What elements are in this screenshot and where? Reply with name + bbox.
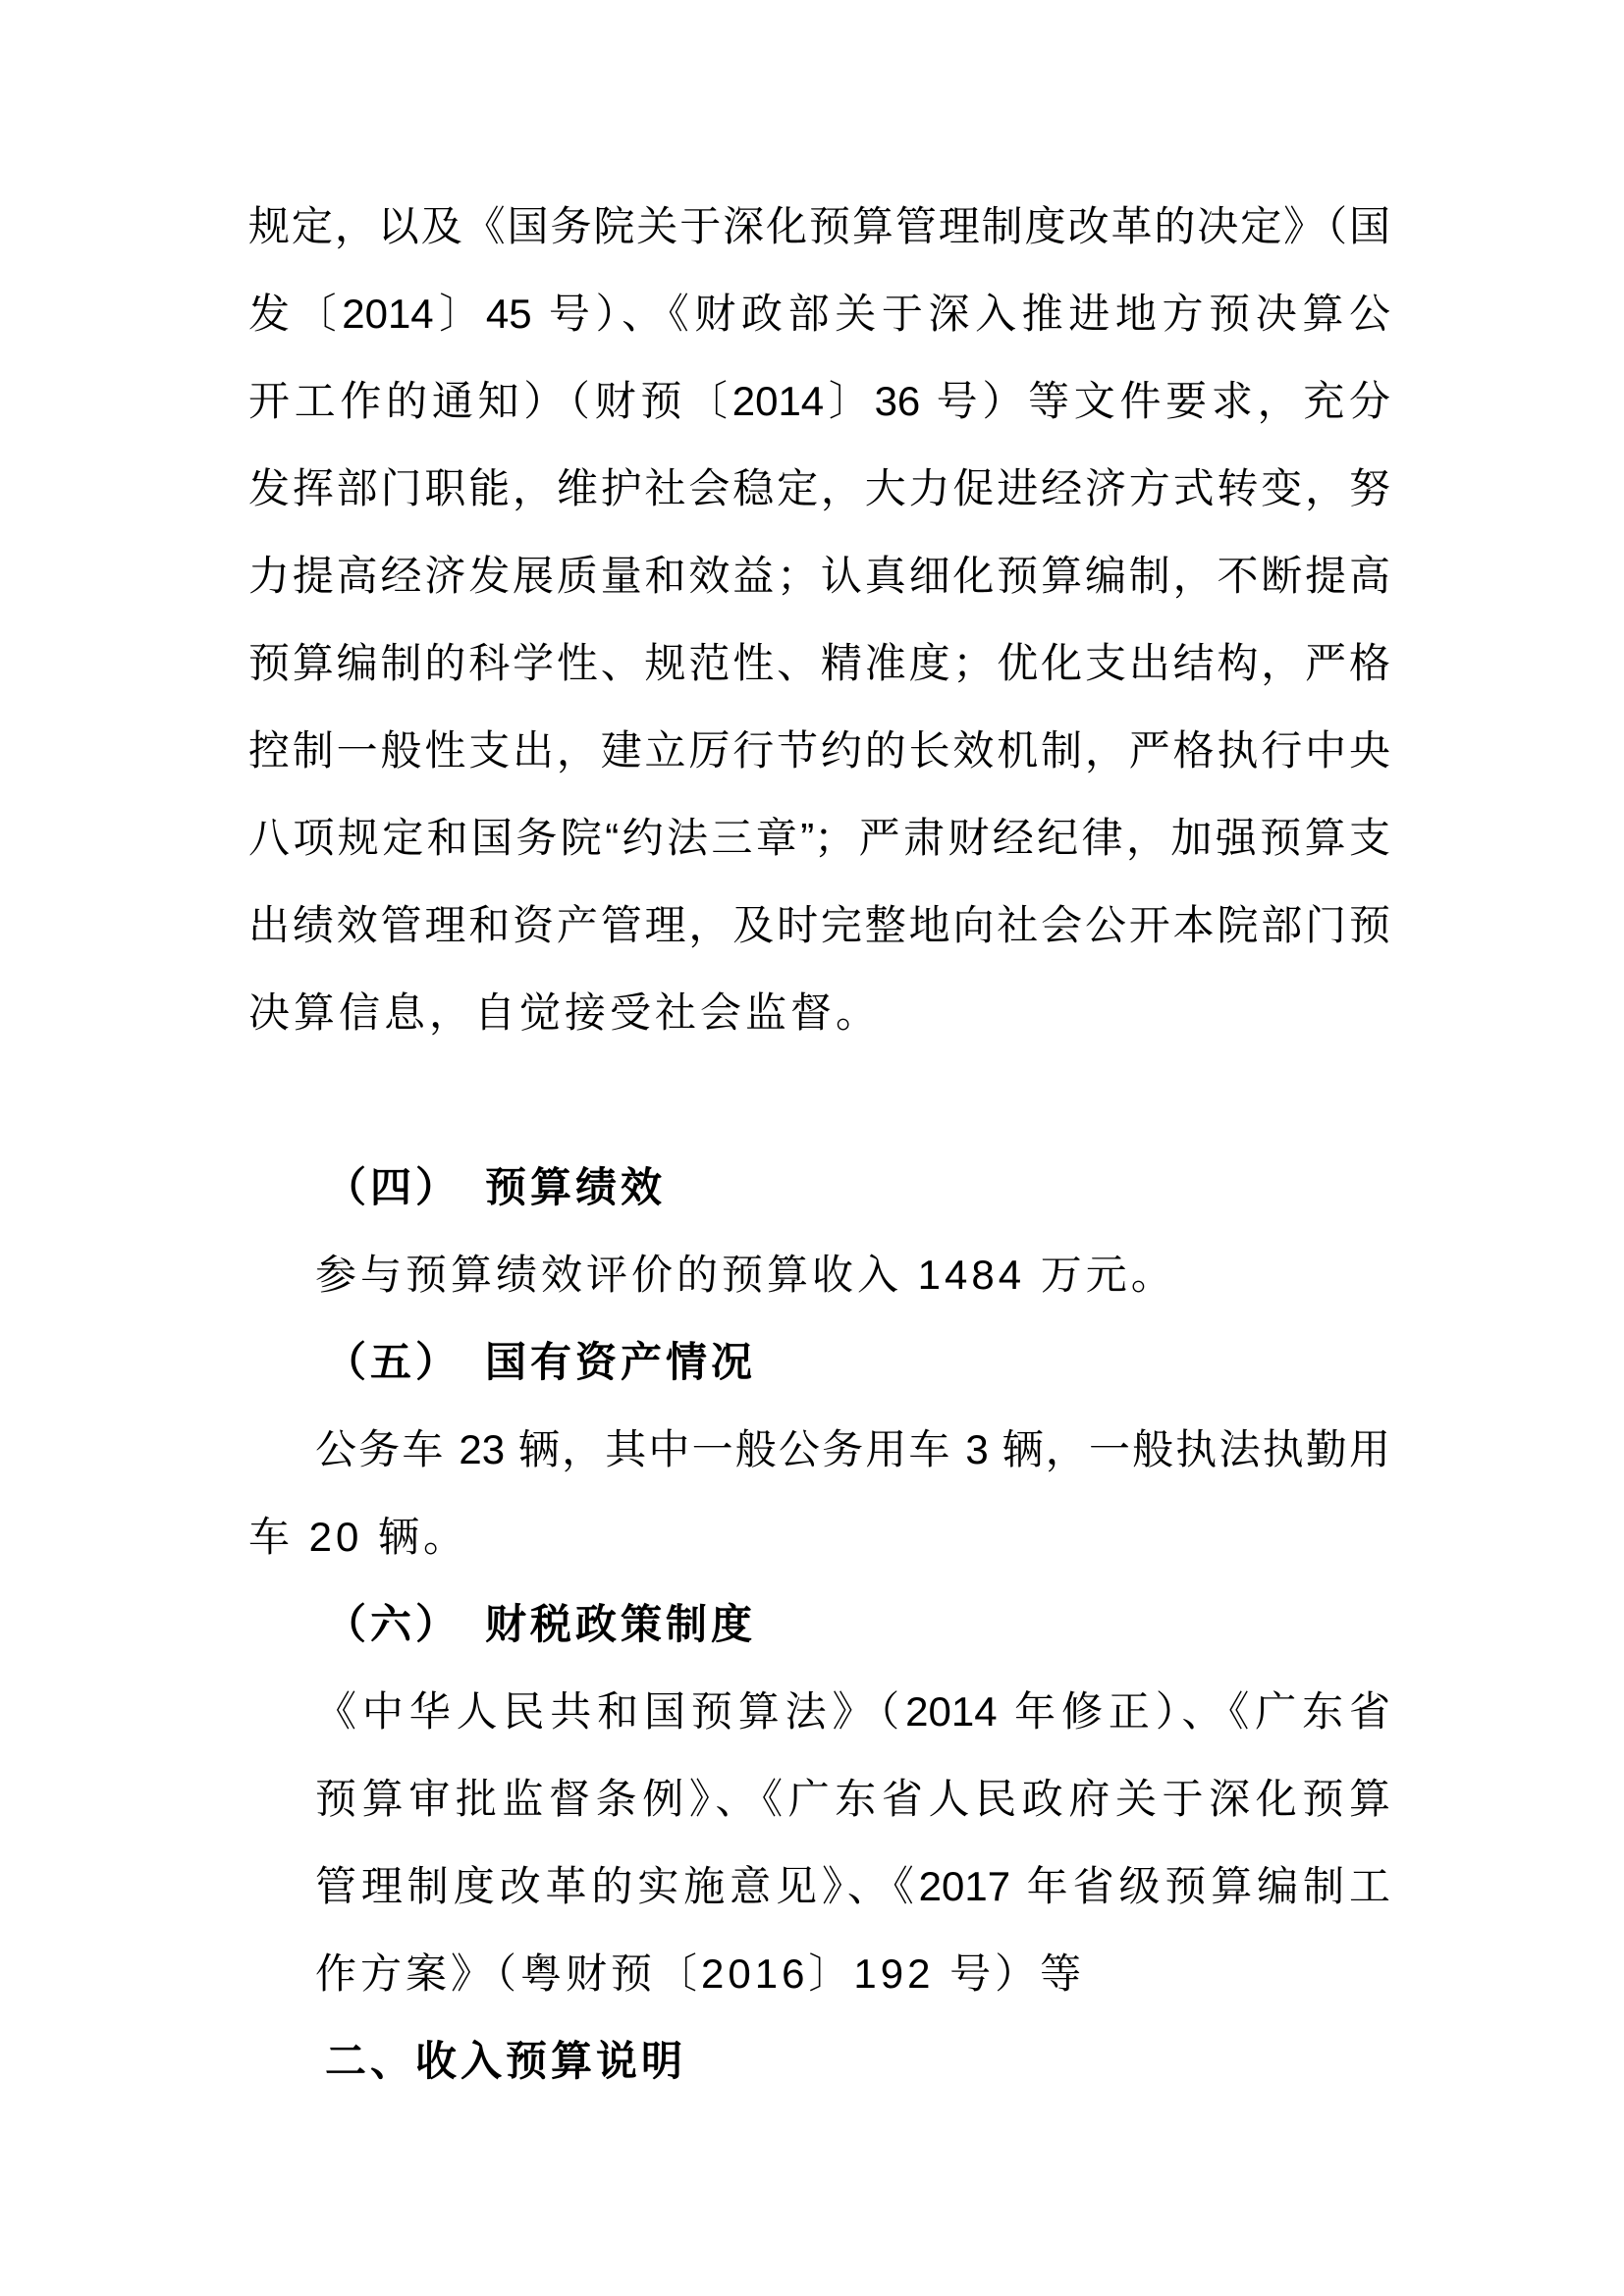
section-fiscal-tax-policy: （六） 财税政策制度 《中华人民共和国预算法》（2014 年修正）、《广东省 预… [248,1580,1390,2017]
section-heading: 二、收入预算说明 [325,2017,1390,2105]
section-heading: （六） 财税政策制度 [325,1580,1390,1668]
text-line: 出绩效管理和资产管理，及时完整地向社会公开本院部门预 [248,881,1390,969]
blank-line [248,1056,1390,1144]
text-line: 《中华人民共和国预算法》（2014 年修正）、《广东省 [315,1668,1390,1755]
section-state-assets: （五） 国有资产情况 公务车 23 辆，其中一般公务用车 3 辆，一般执法执勤用… [248,1318,1390,1580]
text-line: 公务车 23 辆，其中一般公务用车 3 辆，一般执法执勤用 [315,1406,1390,1493]
text-line: 参与预算绩效评价的预算收入 1484 万元。 [315,1231,1390,1318]
text-line: 控制一般性支出，建立厉行节约的长效机制，严格执行中央 [248,707,1390,794]
section-heading: （四） 预算绩效 [325,1144,1390,1231]
text-line: 作方案》（粤财预〔2016〕192 号）等 [315,1930,1390,2017]
text-line: 预算编制的科学性、规范性、精准度；优化支出结构，严格 [248,619,1390,707]
document-content: 规定，以及《国务院关于深化预算管理制度改革的决定》（国 发〔2014〕45 号）… [248,183,1390,2105]
text-line: 力提高经济发展质量和效益；认真细化预算编制，不断提高 [248,532,1390,619]
text-line: 规定，以及《国务院关于深化预算管理制度改革的决定》（国 [248,183,1390,270]
text-line: 车 20 辆。 [248,1493,1390,1580]
text-line: 八项规定和国务院“约法三章”；严肃财经纪律，加强预算支 [248,794,1390,881]
section-revenue-budget: 二、收入预算说明 [248,2017,1390,2105]
document-page: 规定，以及《国务院关于深化预算管理制度改革的决定》（国 发〔2014〕45 号）… [0,0,1624,2296]
text-line: 开工作的通知）（财预〔2014〕36 号）等文件要求，充分 [248,357,1390,445]
section-budget-performance: （四） 预算绩效 参与预算绩效评价的预算收入 1484 万元。 [248,1144,1390,1318]
text-line: 预算审批监督条例》、《广东省人民政府关于深化预算 [315,1755,1390,1842]
text-line: 管理制度改革的实施意见》、《2017 年省级预算编制工 [315,1842,1390,1930]
text-line: 发挥部门职能，维护社会稳定，大力促进经济方式转变，努 [248,445,1390,532]
text-line: 决算信息，自觉接受社会监督。 [248,969,1390,1056]
section-heading: （五） 国有资产情况 [325,1318,1390,1406]
text-line: 发〔2014〕45 号）、《财政部关于深入推进地方预决算公 [248,270,1390,357]
intro-paragraph: 规定，以及《国务院关于深化预算管理制度改革的决定》（国 发〔2014〕45 号）… [248,183,1390,1056]
